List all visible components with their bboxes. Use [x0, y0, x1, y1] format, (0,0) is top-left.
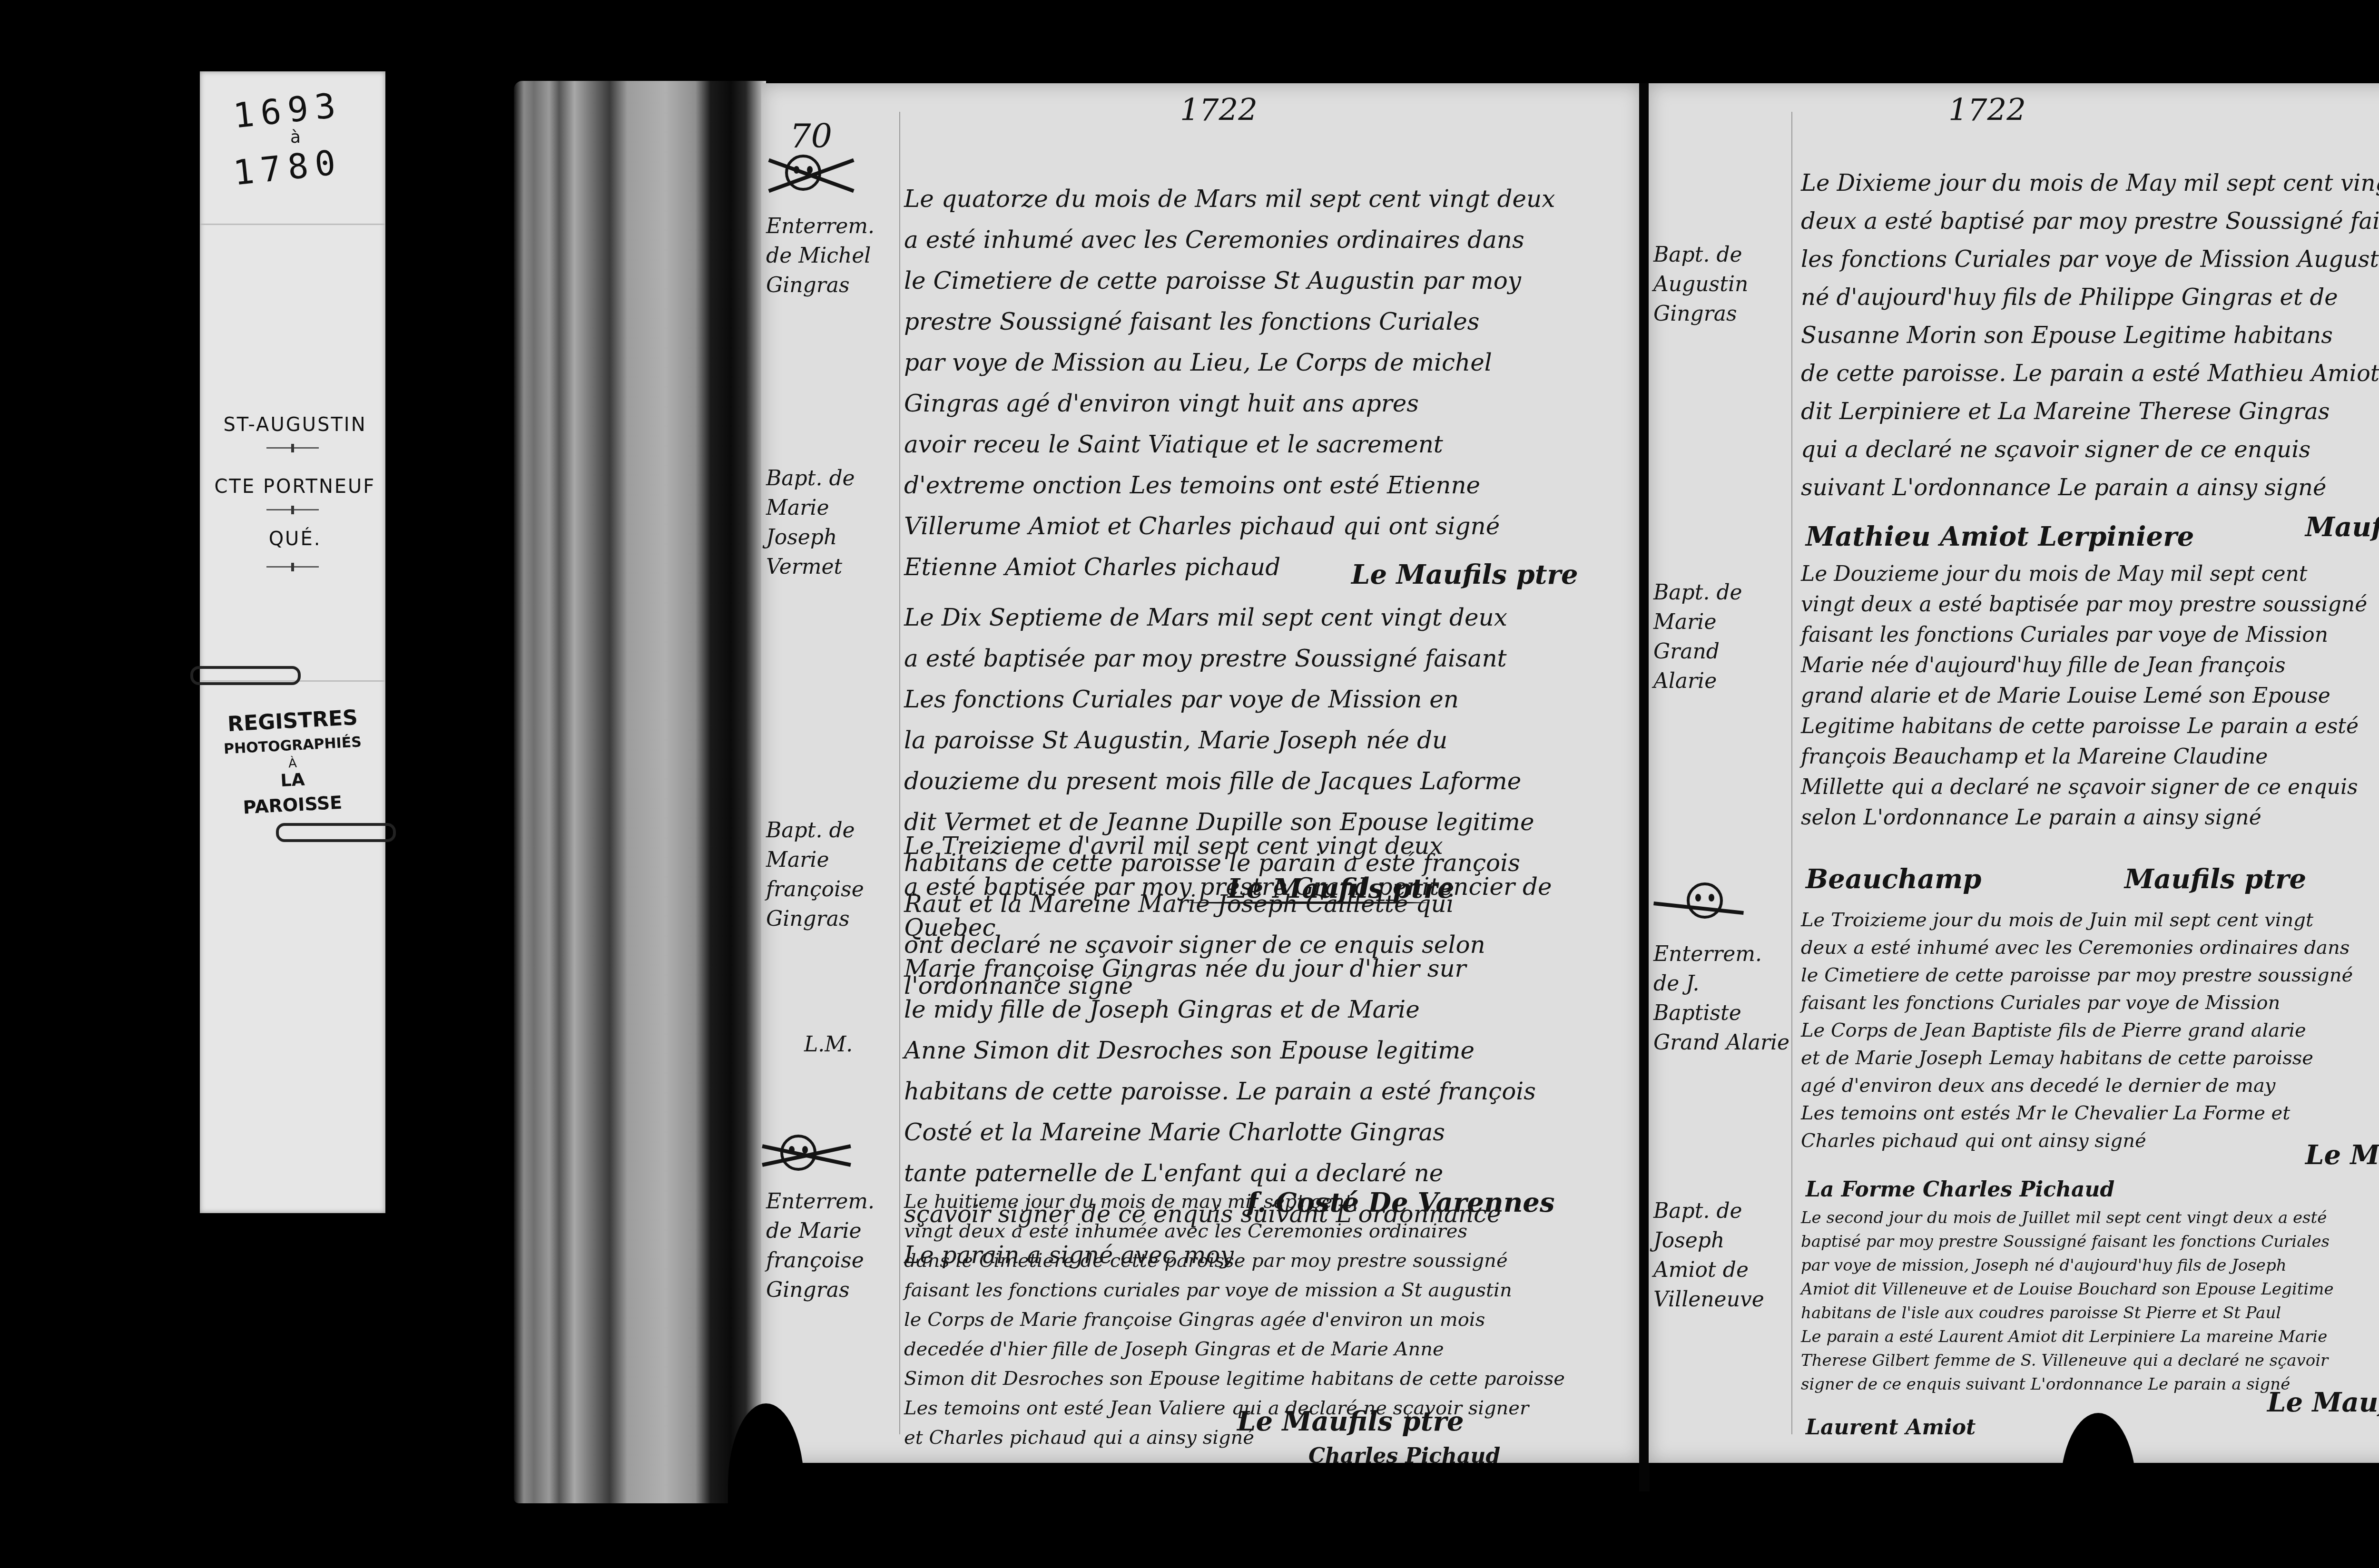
priest-signature: Le Maufils ptre	[2305, 1139, 2379, 1171]
skull-icon	[1687, 882, 1723, 919]
year-end: 1780	[231, 142, 344, 193]
label-note-section: REGISTRES PHOTOGRAPHIÉS À LA PAROISSE	[200, 680, 385, 1213]
note-line-1: REGISTRES	[204, 704, 381, 737]
margin-note: Bapt. de Marie Joseph Vermet	[766, 464, 895, 582]
year-header: 1722	[1180, 93, 1258, 128]
parish-name: ST-AUGUSTIN	[209, 414, 381, 436]
priest-signature: Le Maufils ptre	[2267, 1387, 2379, 1418]
margin-rule	[1791, 112, 1792, 1434]
priest-signature: Maufils ptre	[2124, 863, 2306, 895]
margin-note: Bapt. de Joseph Amiot de Villeneuve	[1653, 1196, 1791, 1314]
register-entry: Le second jour du mois de Juillet mil se…	[1801, 1206, 2379, 1396]
finger-shadow	[728, 1403, 804, 1568]
label-place-section: ST-AUGUSTIN CTE PORTNEUF QUÉ.	[200, 224, 385, 682]
register-entry: Le quatorze du mois de Mars mil sept cen…	[904, 178, 1627, 588]
year-header: 1722	[1948, 93, 2026, 128]
margin-note: Bapt. de Marie françoise Gingras	[766, 816, 895, 934]
witness-signature: Beauchamp	[1806, 863, 1981, 895]
register-entry: Le Douzieme jour du mois de May mil sept…	[1801, 559, 2379, 833]
year-start: 1693	[231, 85, 344, 136]
side-note: L.M.	[804, 1030, 853, 1059]
note-line-5: PAROISSE	[204, 790, 381, 820]
separator-cross-icon	[266, 447, 319, 449]
priest-signature: Le Maufils ptre	[1237, 1406, 1464, 1437]
margin-note: Enterrem. de Michel Gingras	[766, 212, 895, 300]
label-years-section: 1693 à 1780	[200, 71, 385, 225]
year-separator: à	[290, 127, 301, 147]
witness-signature: Charles Pichaud	[1308, 1444, 1500, 1468]
separator-cross-icon	[266, 566, 319, 568]
paperclip-icon	[190, 666, 301, 685]
margin-note: Bapt. de Marie Grand Alarie	[1653, 578, 1787, 696]
witness-signature: Laurent Amiot	[1806, 1415, 1976, 1440]
separator-cross-icon	[266, 509, 319, 510]
priest-signature: Maufils ptre	[2305, 511, 2379, 543]
left-page: 70 1722 Enterrem. de Michel Gingras Le q…	[761, 83, 1642, 1463]
book-gutter	[1639, 83, 1650, 1491]
right-page: 1722 71. Bapt. de Augustin Gingras Le Di…	[1649, 83, 2379, 1463]
paperclip-icon	[276, 823, 396, 842]
witness-signature: La Forme Charles Pichaud	[1806, 1177, 2114, 1202]
witness-signature: Mathieu Amiot Lerpiniere	[1806, 521, 2194, 552]
margin-note: Enterrem. de Marie françoise Gingras	[766, 1187, 895, 1305]
microfilm-label-card: 1693 à 1780 ST-AUGUSTIN CTE PORTNEUF QUÉ…	[200, 71, 385, 1213]
book-left-edge	[514, 81, 766, 1503]
folio-number: 70	[790, 117, 832, 156]
county-name: CTE PORTNEUF	[209, 476, 381, 498]
margin-note: Enterrem. de J. Baptiste Grand Alarie	[1653, 940, 1791, 1058]
province-name: QUÉ.	[209, 528, 381, 550]
register-entry: Le Dixieme jour du mois de May mil sept …	[1801, 164, 2379, 507]
margin-note: Bapt. de Augustin Gingras	[1653, 240, 1787, 329]
margin-rule	[899, 112, 900, 1434]
register-entry: Le Troizieme jour du mois de Juin mil se…	[1801, 906, 2379, 1155]
priest-signature: Le Maufils ptre	[1351, 559, 1578, 590]
finger-shadow	[2060, 1413, 2136, 1568]
